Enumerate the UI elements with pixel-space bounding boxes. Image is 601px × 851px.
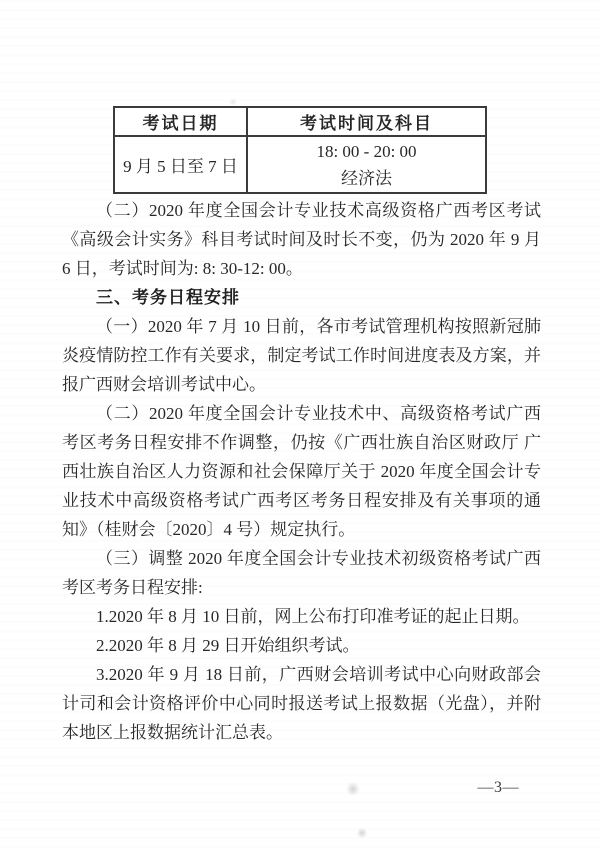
table-row: 9 月 5 日至 7 日 18: 00 - 20: 00 经济法	[114, 136, 486, 193]
scan-noise-speckle	[346, 782, 360, 796]
exam-time-value: 18: 00 - 20: 00	[248, 138, 485, 165]
exam-subject-value: 经济法	[248, 165, 485, 192]
exam-time-subject-column-header: 考试时间及科目	[247, 107, 486, 136]
exam-date-column-header: 考试日期	[114, 107, 247, 136]
paragraph-senior-exam-unchanged: （二）2020 年度全国会计专业技术高级资格广西考区考试《高级会计实务》科目考试…	[62, 196, 541, 283]
section-heading-exam-schedule: 三、考务日程安排	[62, 283, 541, 312]
scan-noise-speckle	[356, 828, 368, 838]
page-number: —3—	[478, 778, 520, 798]
document-page: 考试日期 考试时间及科目 9 月 5 日至 7 日 18: 00 - 20: 0…	[0, 0, 601, 851]
paragraph-item3-junior-adjusted: （三）调整 2020 年度全国会计专业技术初级资格考试广西考区考务日程安排:	[62, 544, 541, 602]
exam-time-subject-cell: 18: 00 - 20: 00 经济法	[247, 136, 486, 193]
document-body: （二）2020 年度全国会计专业技术高级资格广西考区考试《高级会计实务》科目考试…	[62, 196, 541, 747]
paragraph-item2-mid-senior-unchanged: （二）2020 年度全国会计专业技术中、高级资格考试广西考区考务日程安排不作调整…	[62, 399, 541, 544]
exam-date-cell: 9 月 5 日至 7 日	[114, 136, 247, 193]
paragraph-sub1-print-admission: 1.2020 年 8 月 10 日前，网上公布打印准考证的起止日期。	[62, 602, 541, 631]
paragraph-item1-city-plans: （一）2020 年 7 月 10 日前，各市考试管理机构按照新冠肺炎疫情防控工作…	[62, 312, 541, 399]
scan-noise-speckle	[228, 99, 238, 105]
paragraph-sub2-exam-start: 2.2020 年 8 月 29 日开始组织考试。	[62, 631, 541, 660]
paragraph-sub3-data-submission: 3.2020 年 9 月 18 日前，广西财会培训考试中心向财政部会计司和会计资…	[62, 660, 541, 747]
table-header-row: 考试日期 考试时间及科目	[114, 107, 486, 136]
exam-schedule-table: 考试日期 考试时间及科目 9 月 5 日至 7 日 18: 00 - 20: 0…	[113, 106, 487, 194]
